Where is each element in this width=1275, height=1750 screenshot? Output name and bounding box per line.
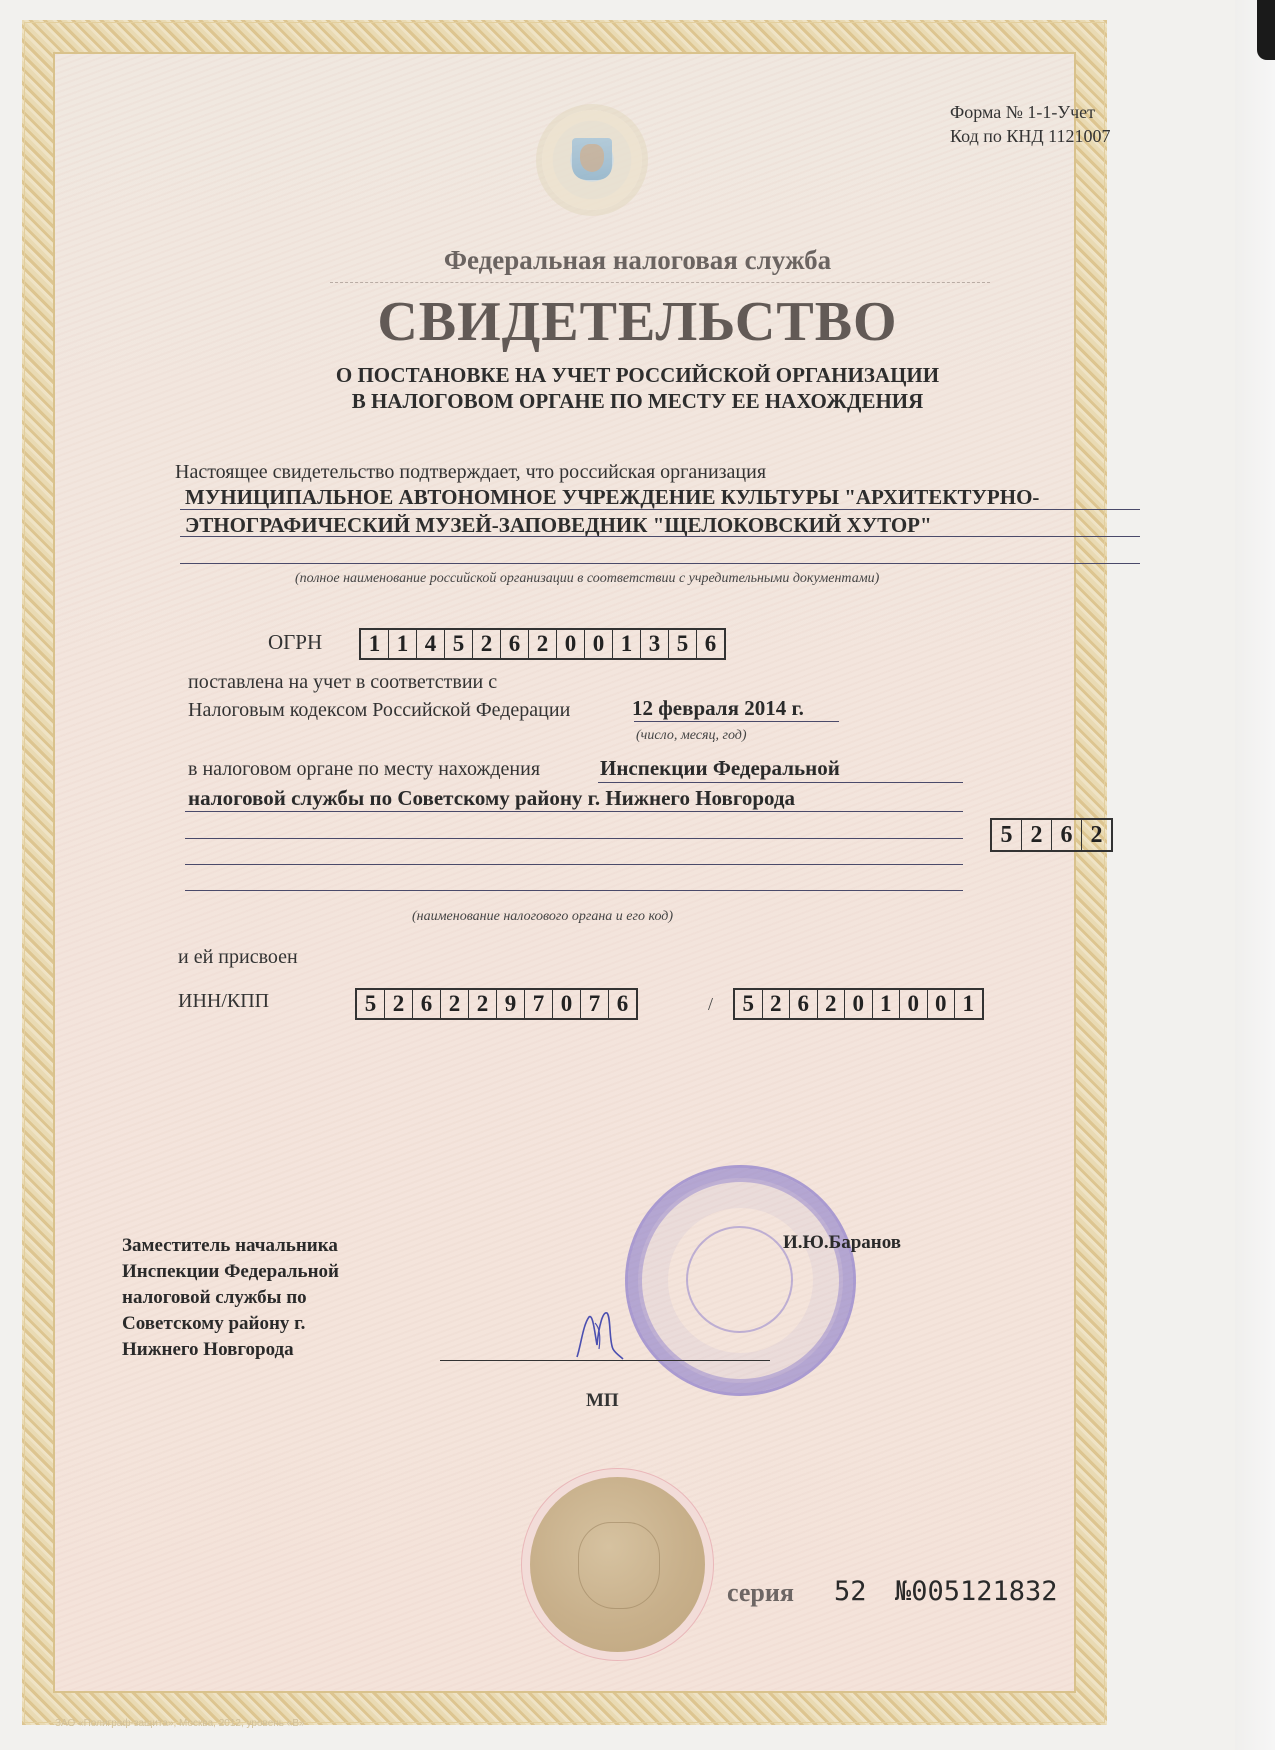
registration-date-hint: (число, месяц, год)	[636, 728, 747, 744]
digit-cell: 1	[361, 630, 389, 658]
signature-line	[440, 1360, 770, 1361]
digit-cell: 2	[818, 990, 846, 1018]
double-headed-eagle-icon	[580, 144, 604, 172]
form-identifier: Форма № 1-1-Учет Код по КНД 1121007	[950, 100, 1111, 148]
signer-position-line: Нижнего Новгорода	[122, 1337, 339, 1363]
ogrn-label: ОГРН	[268, 630, 322, 655]
fill-line	[185, 811, 963, 812]
signer-name: И.Ю.Баранов	[783, 1232, 901, 1254]
printer-note: ЗАО «Полиграф-защита», Москва, 2012, уро…	[55, 1718, 305, 1729]
registration-date: 12 февраля 2014 г.	[632, 696, 804, 721]
handwritten-signature-icon	[575, 1305, 625, 1360]
digit-cell: 1	[955, 990, 982, 1018]
digit-cell: 2	[441, 990, 469, 1018]
tax-authority-hint: (наименование налогового органа и его ко…	[412, 909, 673, 925]
digit-cell: 5	[669, 630, 697, 658]
tax-authority-name-line-1: Инспекции Федеральной	[600, 756, 840, 781]
digit-cell: 6	[697, 630, 724, 658]
assigned-text: и ей присвоен	[178, 946, 298, 969]
double-headed-eagle-icon	[578, 1522, 660, 1609]
document-subtitle: О ПОСТАНОВКЕ НА УЧЕТ РОССИЙСКОЙ ОРГАНИЗА…	[0, 362, 1275, 414]
form-number: Форма № 1-1-Учет	[950, 100, 1111, 124]
organization-name-hint: (полное наименование российской организа…	[295, 571, 879, 587]
fill-line	[180, 536, 1140, 537]
agency-divider	[330, 282, 990, 283]
signer-position: Заместитель начальника Инспекции Федерал…	[122, 1233, 339, 1363]
digit-cell: 5	[445, 630, 473, 658]
inn-kpp-separator: /	[708, 994, 713, 1015]
scanner-edge	[1257, 0, 1275, 60]
digit-cell: 6	[413, 990, 441, 1018]
embossed-seal-icon	[530, 1477, 705, 1652]
digit-cell: 2	[763, 990, 791, 1018]
signer-position-line: Советскому району г.	[122, 1311, 339, 1337]
digit-cell: 0	[557, 630, 585, 658]
digit-cell: 6	[609, 990, 636, 1018]
digit-cell: 5	[992, 820, 1022, 850]
digit-cell: 2	[473, 630, 501, 658]
digit-cell: 6	[1052, 820, 1082, 850]
registration-line-1: поставлена на учет в соответствии с	[188, 668, 570, 696]
series-label: серия	[727, 1578, 794, 1608]
fill-line	[598, 782, 963, 783]
registration-text: поставлена на учет в соответствии с Нало…	[188, 668, 570, 724]
digit-cell: 0	[900, 990, 928, 1018]
tax-authority-code-boxes: 5262	[990, 818, 1113, 852]
digit-cell: 2	[469, 990, 497, 1018]
agency-name: Федеральная налоговая служба	[0, 245, 1275, 276]
tax-authority-intro: в налоговом органе по месту нахождения	[188, 758, 540, 781]
series-value: 52	[834, 1576, 867, 1607]
digit-cell: 0	[585, 630, 613, 658]
fill-line	[180, 509, 1140, 510]
digit-cell: 3	[641, 630, 669, 658]
document-title: СВИДЕТЕЛЬСТВО	[0, 290, 1275, 354]
digit-cell: 5	[735, 990, 763, 1018]
subtitle-line-1: О ПОСТАНОВКЕ НА УЧЕТ РОССИЙСКОЙ ОРГАНИЗА…	[0, 362, 1275, 388]
kpp-digit-boxes: 526201001	[733, 988, 984, 1020]
stamp-place-label: МП	[586, 1390, 619, 1412]
digit-cell: 6	[501, 630, 529, 658]
fill-line	[185, 864, 963, 865]
digit-cell: 9	[497, 990, 525, 1018]
registration-line-2: Налоговым кодексом Российской Федерации	[188, 696, 570, 724]
tax-authority-name-line-2: налоговой службы по Советскому району г.…	[188, 786, 795, 811]
digit-cell: 5	[357, 990, 385, 1018]
digit-cell: 1	[613, 630, 641, 658]
signer-position-line: налоговой службы по	[122, 1285, 339, 1311]
fill-line	[180, 563, 1140, 564]
digit-cell: 2	[1022, 820, 1052, 850]
organization-name-line-2: ЭТНОГРАФИЧЕСКИЙ МУЗЕЙ-ЗАПОВЕДНИК "ЩЕЛОКО…	[185, 513, 932, 538]
knd-code: Код по КНД 1121007	[950, 124, 1111, 148]
digit-cell: 2	[1082, 820, 1111, 850]
fill-line	[185, 838, 963, 839]
stamp-emblem-ring	[686, 1226, 793, 1333]
organization-intro: Настоящее свидетельство подтверждает, чт…	[175, 461, 766, 484]
digit-cell: 0	[553, 990, 581, 1018]
signer-position-line: Инспекции Федеральной	[122, 1259, 339, 1285]
digit-cell: 0	[845, 990, 873, 1018]
serial-number: №005121832	[895, 1576, 1058, 1607]
official-stamp-icon	[625, 1165, 856, 1396]
organization-name-line-1: МУНИЦИПАЛЬНОЕ АВТОНОМНОЕ УЧРЕЖДЕНИЕ КУЛЬ…	[185, 485, 1039, 510]
digit-cell: 0	[928, 990, 956, 1018]
digit-cell: 7	[525, 990, 553, 1018]
digit-cell: 1	[389, 630, 417, 658]
ogrn-digit-boxes: 1145262001356	[359, 628, 726, 660]
signer-position-line: Заместитель начальника	[122, 1233, 339, 1259]
inn-digit-boxes: 5262297076	[355, 988, 638, 1020]
digit-cell: 2	[529, 630, 557, 658]
hologram-emblem-icon	[542, 110, 642, 210]
subtitle-line-2: В НАЛОГОВОМ ОРГАНЕ ПО МЕСТУ ЕЕ НАХОЖДЕНИ…	[0, 388, 1275, 414]
digit-cell: 7	[581, 990, 609, 1018]
digit-cell: 6	[790, 990, 818, 1018]
inn-kpp-label: ИНН/КПП	[178, 990, 269, 1013]
fill-line	[634, 721, 839, 722]
digit-cell: 2	[385, 990, 413, 1018]
digit-cell: 1	[873, 990, 901, 1018]
fill-line	[185, 890, 963, 891]
digit-cell: 4	[417, 630, 445, 658]
